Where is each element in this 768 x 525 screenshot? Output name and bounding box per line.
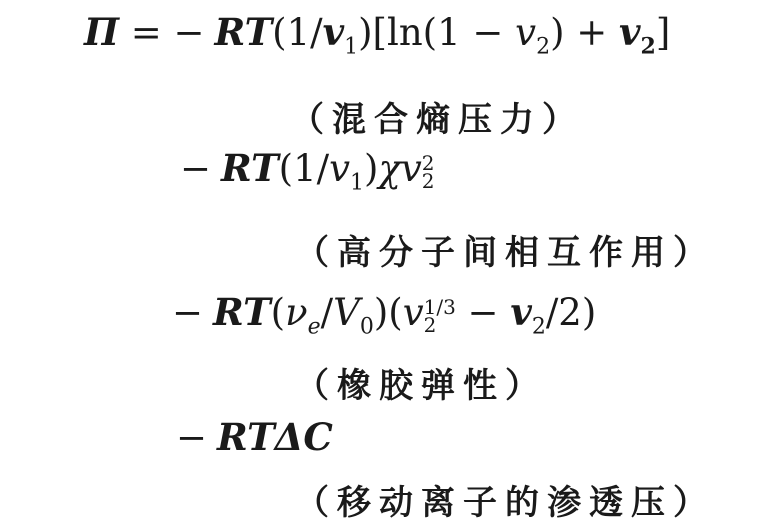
label-polymer-interaction: （高分子间相互作用） [295, 225, 715, 274]
minus-sign: − [456, 291, 511, 334]
paren-close: /2) [546, 291, 596, 334]
chi-symbol: χ [378, 147, 400, 190]
var-V: V [333, 291, 360, 334]
nu-symbol: ν [285, 291, 308, 334]
label-rubber-elasticity: （橡胶弹性） [295, 358, 547, 407]
equation-line-3: −RT(νe/V0)(v1/32 − v2/2) [172, 290, 596, 334]
rt-term: RT [215, 10, 273, 54]
osmotic-pressure-symbol: Π [84, 10, 119, 54]
minus-sign: − [174, 11, 205, 54]
subscript: 0 [360, 314, 374, 339]
subscript: 2 [422, 172, 435, 190]
plus-sign: ) + [550, 11, 619, 54]
rt-term: RT [221, 146, 279, 190]
var-v: v [329, 147, 350, 190]
paren-close: ) [364, 147, 378, 190]
equation-line-4: −RTΔC [176, 415, 333, 459]
var-v: v [323, 10, 345, 54]
log-open: )[ln(1 − [358, 11, 515, 54]
slash: / [321, 291, 333, 334]
subscript: 2 [532, 314, 546, 339]
rt-delta-c-term: RTΔC [217, 415, 333, 459]
subscript: 2 [424, 316, 456, 334]
minus-sign: − [172, 291, 203, 334]
fraction-open: (1/ [279, 147, 329, 190]
var-v: v [619, 10, 641, 54]
bracket-close: ] [656, 11, 670, 54]
label-mobile-ion-osmotic: （移动离子的渗透压） [295, 475, 715, 524]
var-v: v [515, 11, 536, 54]
var-v: v [510, 290, 532, 334]
equation-line-1: Π = −RT(1/v1)[ln(1 − v2) + v2] [84, 10, 670, 54]
minus-sign: − [180, 147, 211, 190]
label-mixing-entropy: （混合熵压力） [290, 92, 584, 141]
minus-sign: − [176, 416, 207, 459]
fraction-open: (1/ [272, 11, 322, 54]
var-v: v [403, 291, 424, 334]
subscript: 2 [536, 34, 550, 59]
paren-open: ( [271, 291, 285, 334]
subscript: 1 [350, 170, 364, 195]
subscript: e [308, 314, 321, 339]
subscript: 2 [641, 33, 656, 59]
var-v: v [401, 147, 422, 190]
paren-mid: )( [374, 291, 403, 334]
subscript: 1 [344, 34, 358, 59]
rt-term: RT [213, 290, 271, 334]
equation-line-2: −RT(1/v1)χv22 [180, 146, 435, 190]
equals-sign: = [131, 11, 162, 54]
